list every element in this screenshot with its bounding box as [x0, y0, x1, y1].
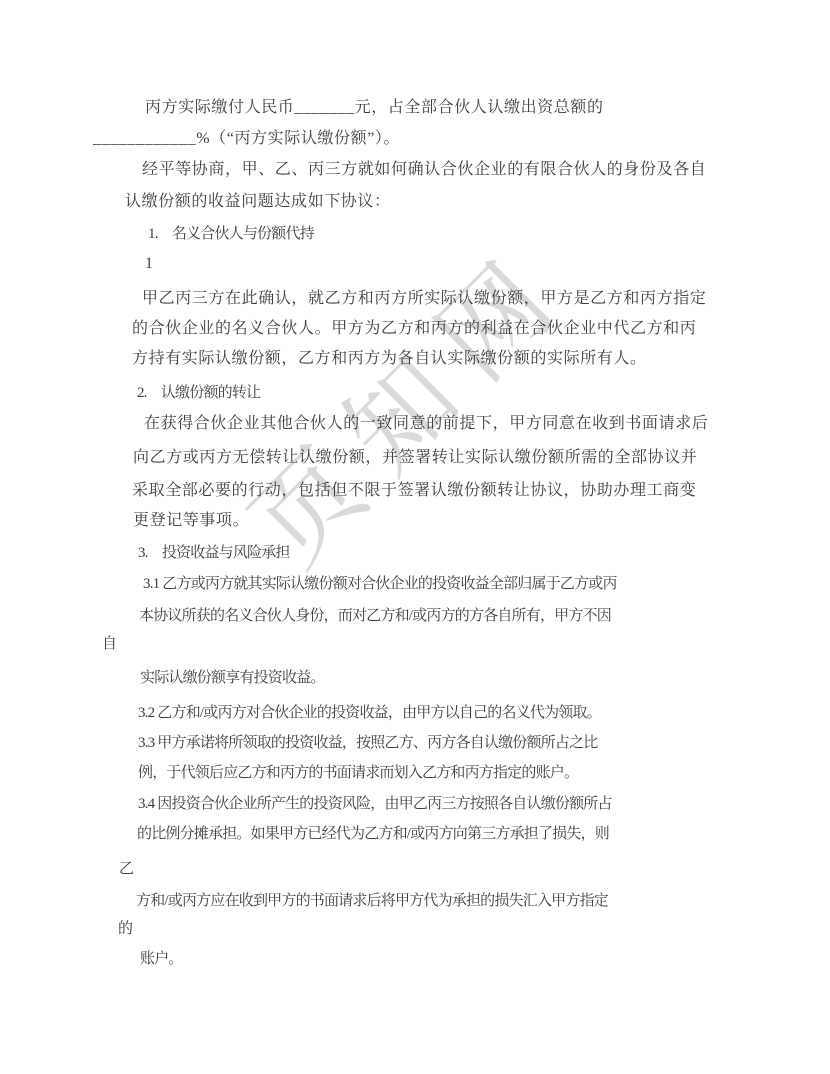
text-line: 自: [102, 635, 116, 653]
watermark: 页知网: [213, 208, 598, 593]
text-line: 经平等协商，甲、乙、丙三方就如何确认合伙企业的有限合伙人的身份及各自: [142, 160, 706, 179]
text-line: 3.2 乙方和/或丙方对合伙企业的投资收益，由甲方以自己的名义代为领取。: [138, 704, 601, 722]
text-line: 方和/或丙方应在收到甲方的书面请求后将甲方代为承担的损失汇入甲方指定: [136, 892, 608, 910]
text-line: 3. 投资收益与风险承担: [138, 544, 290, 562]
text-line: 实际认缴份额享有投资收益。: [140, 669, 325, 687]
text-line: 方持有实际认缴份额，乙方和丙方为各自认实际缴份额的实际所有人。: [132, 349, 647, 368]
text-line: 1: [145, 254, 154, 273]
text-line: 向乙方或丙方无偿转让认缴份额，并签署转让实际认缴份额所需的全部协议并: [133, 448, 697, 467]
text-line: ____________%（“丙方实际认缴份额”）。: [93, 129, 400, 148]
text-line: 本协议所获的名义合伙人身份，而对乙方和/或丙方的方各自所有，甲方不因: [139, 607, 611, 625]
text-line: 账户。: [140, 950, 183, 968]
text-line: 例，于代领后应乙方和丙方的书面请求而划入乙方和丙方指定的账户。: [138, 764, 578, 782]
text-line: 丙方实际缴付人民币_______元，占全部合伙人认缴出资总额的: [145, 98, 604, 117]
text-line: 3.4 因投资合伙企业所产生的投资风险，由甲乙丙三方按照各自认缴份额所占: [138, 795, 612, 813]
text-line: 1. 名义合伙人与份额代持: [148, 225, 314, 243]
text-line: 的: [118, 920, 132, 938]
text-line: 的比例分摊承担。如果甲方已经代为乙方和/或丙方向第三方承担了损失，则: [137, 825, 609, 843]
text-line: 甲乙丙三方在此确认，就乙方和丙方所实际认缴份额，甲方是乙方和丙方指定: [142, 289, 706, 308]
document-page: 页知网 丙方实际缴付人民币_______元，占全部合伙人认缴出资总额的 ____…: [0, 0, 830, 1074]
text-line: 采取全部必要的行动，包括但不限于签署认缴份额转让协议，协助办理工商变: [132, 481, 696, 500]
text-line: 乙: [119, 860, 133, 878]
text-line: 在获得合伙企业其他合伙人的一致同意的前提下，甲方同意在收到书面请求后: [144, 414, 708, 433]
text-line: 3.1 乙方或丙方就其实际认缴份额对合伙企业的投资收益全部归属于乙方或丙: [143, 575, 617, 593]
text-line: 2. 认缴份额的转让: [137, 384, 260, 402]
text-line: 的合伙企业的名义合伙人。甲方为乙方和丙方的利益在合伙企业中代乙方和丙: [132, 319, 696, 338]
text-line: 更登记等事项。: [133, 511, 249, 530]
text-line: 认缴份额的收益问题达成如下协议：: [125, 192, 391, 211]
text-line: 3.3 甲方承诺将所领取的投资收益，按照乙方、丙方各自认缴份额所占之比: [138, 734, 598, 752]
